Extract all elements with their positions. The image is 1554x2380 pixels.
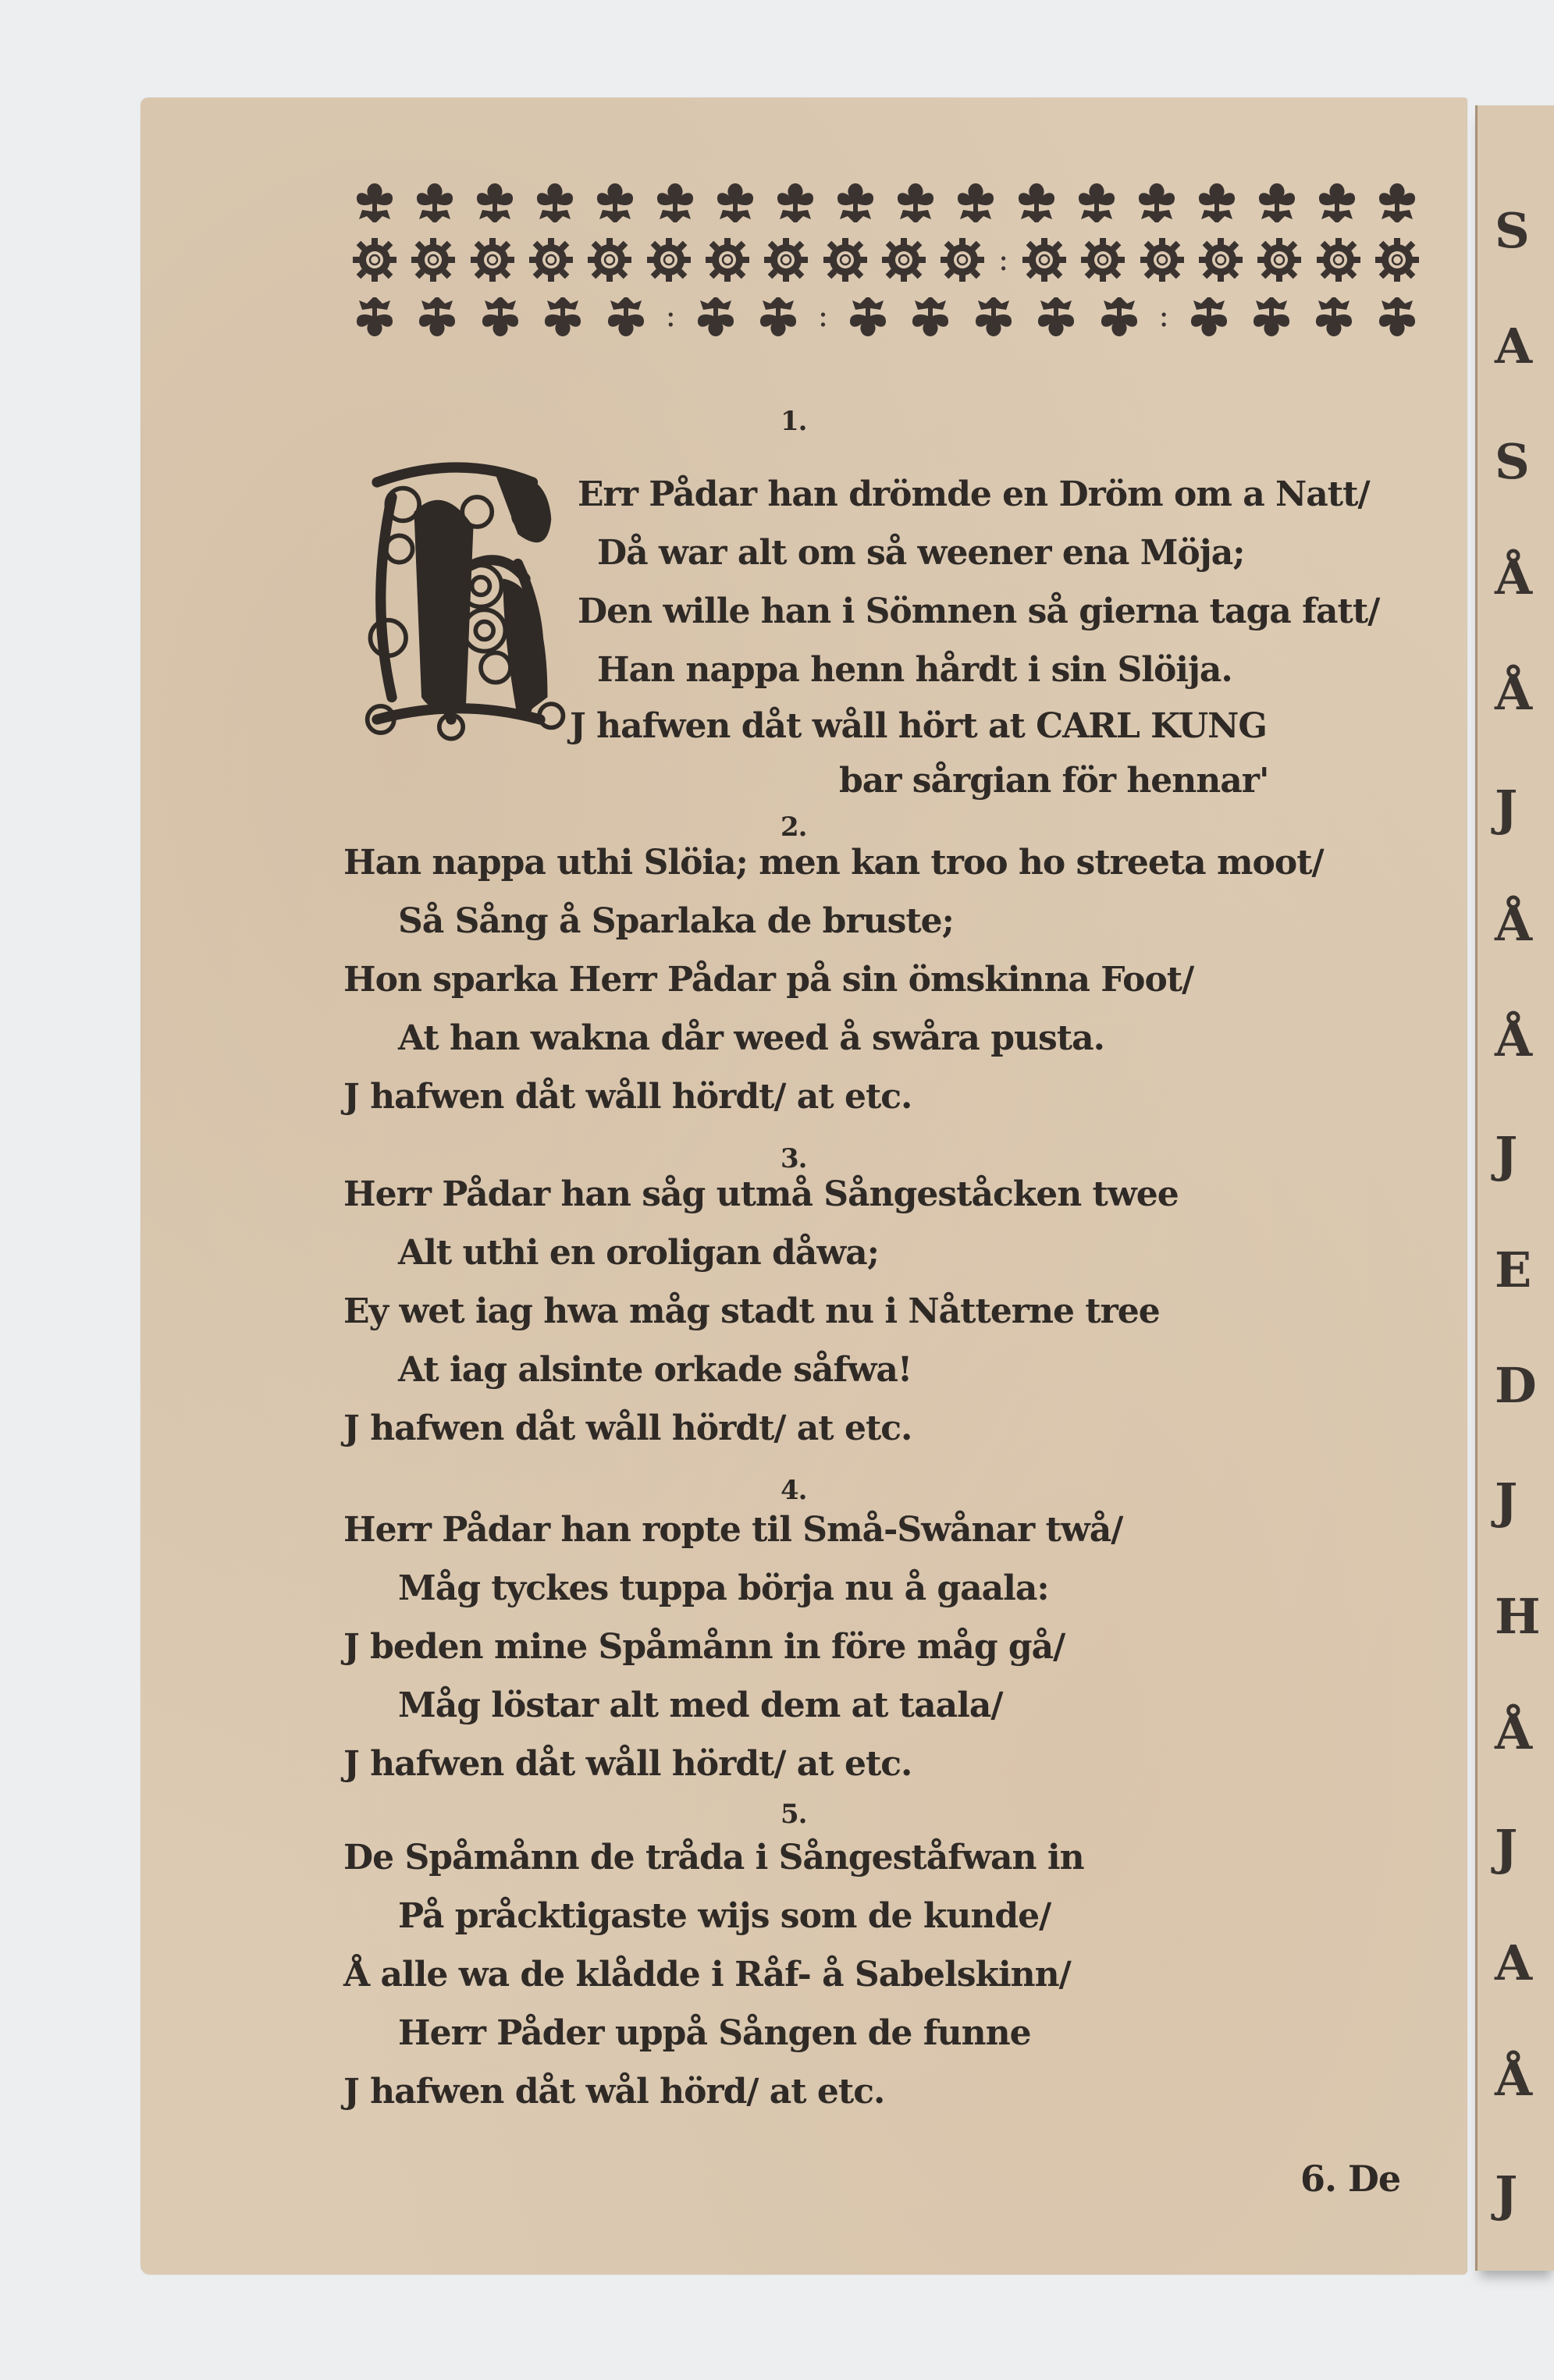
rosette-icon [880, 236, 927, 283]
rosette-icon [528, 236, 574, 283]
rosette-icon [1315, 236, 1362, 283]
next-page-initial: A [1495, 322, 1532, 371]
stanza-number-4: 4. [781, 1475, 807, 1506]
fleuron-inverted-icon [755, 293, 802, 339]
fleuron-inverted-icon [603, 293, 649, 339]
fleuron-inverted-icon [845, 293, 891, 339]
verse-line: Alt uthi en oroligan dåwa; [398, 1233, 879, 1273]
next-page-initial: J [1495, 2170, 1517, 2218]
fleuron-upright-icon [1374, 180, 1421, 227]
stanza-number-2: 2. [781, 812, 807, 843]
next-page-initial: Å [1495, 2055, 1532, 2103]
rosette-icon [586, 236, 633, 283]
fleuron-upright-icon [1193, 180, 1240, 227]
verse-line: Å alle wa de klådde i Råf- å Sabelskinn/ [343, 1955, 1071, 1995]
verse-line: Han nappa uthi Slöia; men kan troo ho st… [343, 843, 1324, 883]
next-page-initial: Å [1495, 553, 1532, 602]
fleuron-inverted-icon [1374, 293, 1421, 339]
colon-separator-icon: : [818, 298, 829, 334]
fleuron-upright-icon [832, 180, 879, 227]
next-page-initial: J [1495, 1824, 1517, 1872]
fleuron-upright-icon [652, 180, 699, 227]
verse-line: J hafwen dåt wål hörd/ at etc. [343, 2072, 884, 2112]
fleuron-inverted-icon [970, 293, 1017, 339]
fleuron-upright-icon [411, 180, 458, 227]
fleuron-upright-icon [892, 180, 939, 227]
verse-line: Ey wet iag hwa måg stadt nu i Nåtterne t… [343, 1291, 1160, 1331]
verse-line: At iag alsinte orkade såfwa! [398, 1350, 912, 1390]
fleuron-upright-icon [772, 180, 819, 227]
book-page-right-edge: SASÅÅJÅÅJEDJHÅJAÅJ [1475, 105, 1554, 2271]
fleuron-inverted-icon [1186, 293, 1232, 339]
ornament-row-2: : [351, 234, 1421, 286]
next-page-initial: J [1495, 784, 1517, 833]
fleuron-inverted-icon [477, 293, 524, 339]
rosette-icon [939, 236, 986, 283]
rosette-icon [410, 236, 457, 283]
fleuron-upright-icon [471, 180, 518, 227]
fleuron-upright-icon [1013, 180, 1060, 227]
verse-line: Herr Pådar han såg utmå Sångeståcken twe… [343, 1174, 1179, 1214]
verse-line: Då war alt om så weener ena Möja; [597, 533, 1244, 573]
next-page-initial: H [1495, 1593, 1541, 1641]
rosette-icon [1079, 236, 1126, 283]
rosette-icon [704, 236, 751, 283]
ornament-row-3: ::: [351, 290, 1421, 342]
next-page-initial: D [1495, 1362, 1537, 1410]
drop-cap-h-icon [347, 453, 570, 749]
rosette-icon [1197, 236, 1244, 283]
next-page-initial: Å [1495, 1708, 1532, 1757]
verse-line: J hafwen dåt wåll hördt/ at etc. [343, 1744, 912, 1784]
next-page-initial: Å [1495, 900, 1532, 948]
colon-separator-icon: : [665, 298, 676, 334]
stanza-number-1: 1. [781, 406, 807, 437]
rosette-icon [351, 236, 398, 283]
fleuron-inverted-icon [1248, 293, 1295, 339]
rosette-icon [822, 236, 869, 283]
verse-line: J beden mine Spåmånn in före måg gå/ [343, 1627, 1065, 1667]
fleuron-inverted-icon [539, 293, 586, 339]
next-page-initial: S [1495, 207, 1530, 255]
rosette-icon [1256, 236, 1303, 283]
verse-line: På pråcktigaste wijs som de kunde/ [398, 1896, 1051, 1936]
verse-line: Err Pådar han drömde en Dröm om a Natt/ [578, 474, 1370, 514]
stanza-number-5: 5. [781, 1799, 807, 1830]
next-page-initial: S [1495, 438, 1530, 486]
fleuron-inverted-icon [414, 293, 461, 339]
fleuron-upright-icon [1254, 180, 1300, 227]
fleuron-inverted-icon [1096, 293, 1143, 339]
fleuron-upright-icon [1314, 180, 1360, 227]
rosette-icon [645, 236, 692, 283]
fleuron-upright-icon [1073, 180, 1120, 227]
verse-line: Herr Påder uppå Sången de funne [398, 2013, 1031, 2053]
next-page-initial: Å [1495, 669, 1532, 717]
stanza-number-3: 3. [781, 1143, 807, 1174]
fleuron-upright-icon [1133, 180, 1180, 227]
rosette-icon [1021, 236, 1068, 283]
verse-line: Herr Pådar han ropte til Små-Swånar twå/ [343, 1510, 1122, 1550]
next-page-initial: Å [1495, 1015, 1532, 1064]
fleuron-upright-icon [532, 180, 578, 227]
verse-line: Hon sparka Herr Pådar på sin ömskinna Fo… [343, 960, 1193, 1000]
catchword: 6. De [1300, 2158, 1400, 2200]
fleuron-inverted-icon [1033, 293, 1079, 339]
ornamental-header-band: :::: [351, 178, 1421, 346]
fleuron-upright-icon [351, 180, 398, 227]
fleuron-upright-icon [592, 180, 638, 227]
colon-separator-icon: : [998, 242, 1009, 278]
verse-line: Måg tyckes tuppa börja nu å gaala: [398, 1568, 1049, 1608]
verse-line: bar sårgian för hennar' [839, 761, 1268, 801]
rosette-icon [763, 236, 809, 283]
verse-line: J hafwen dåt wåll hördt/ at etc. [343, 1408, 912, 1448]
fleuron-inverted-icon [907, 293, 954, 339]
verse-line: J hafwen dåt wåll hördt/ at etc. [343, 1077, 912, 1117]
verse-line: Måg löstar alt med dem at taala/ [398, 1686, 1002, 1725]
fleuron-upright-icon [952, 180, 999, 227]
next-page-initial: A [1495, 1939, 1532, 1987]
fleuron-upright-icon [712, 180, 759, 227]
verse-line: De Spåmånn de tråda i Sångeståfwan in [343, 1838, 1084, 1877]
next-page-initial: J [1495, 1477, 1517, 1526]
fleuron-inverted-icon [351, 293, 398, 339]
colon-separator-icon: : [1158, 298, 1169, 334]
verse-line: Den wille han i Sömnen så gierna taga fa… [578, 591, 1379, 631]
verse-line: At han wakna dår weed å swåra pusta. [398, 1018, 1104, 1058]
rosette-icon [1139, 236, 1186, 283]
rosette-icon [1374, 236, 1421, 283]
verse-line: Så Sång å Sparlaka de bruste; [398, 901, 954, 941]
ornament-row-1 [351, 178, 1421, 229]
fleuron-inverted-icon [692, 293, 739, 339]
next-page-initial: E [1495, 1246, 1531, 1295]
next-page-initial: J [1495, 1131, 1517, 1179]
fleuron-inverted-icon [1310, 293, 1357, 339]
verse-line: J hafwen dåt wåll hört at CARL KUNG [570, 706, 1267, 746]
verse-line: Han nappa henn hårdt i sin Slöija. [597, 650, 1232, 690]
rosette-icon [469, 236, 516, 283]
